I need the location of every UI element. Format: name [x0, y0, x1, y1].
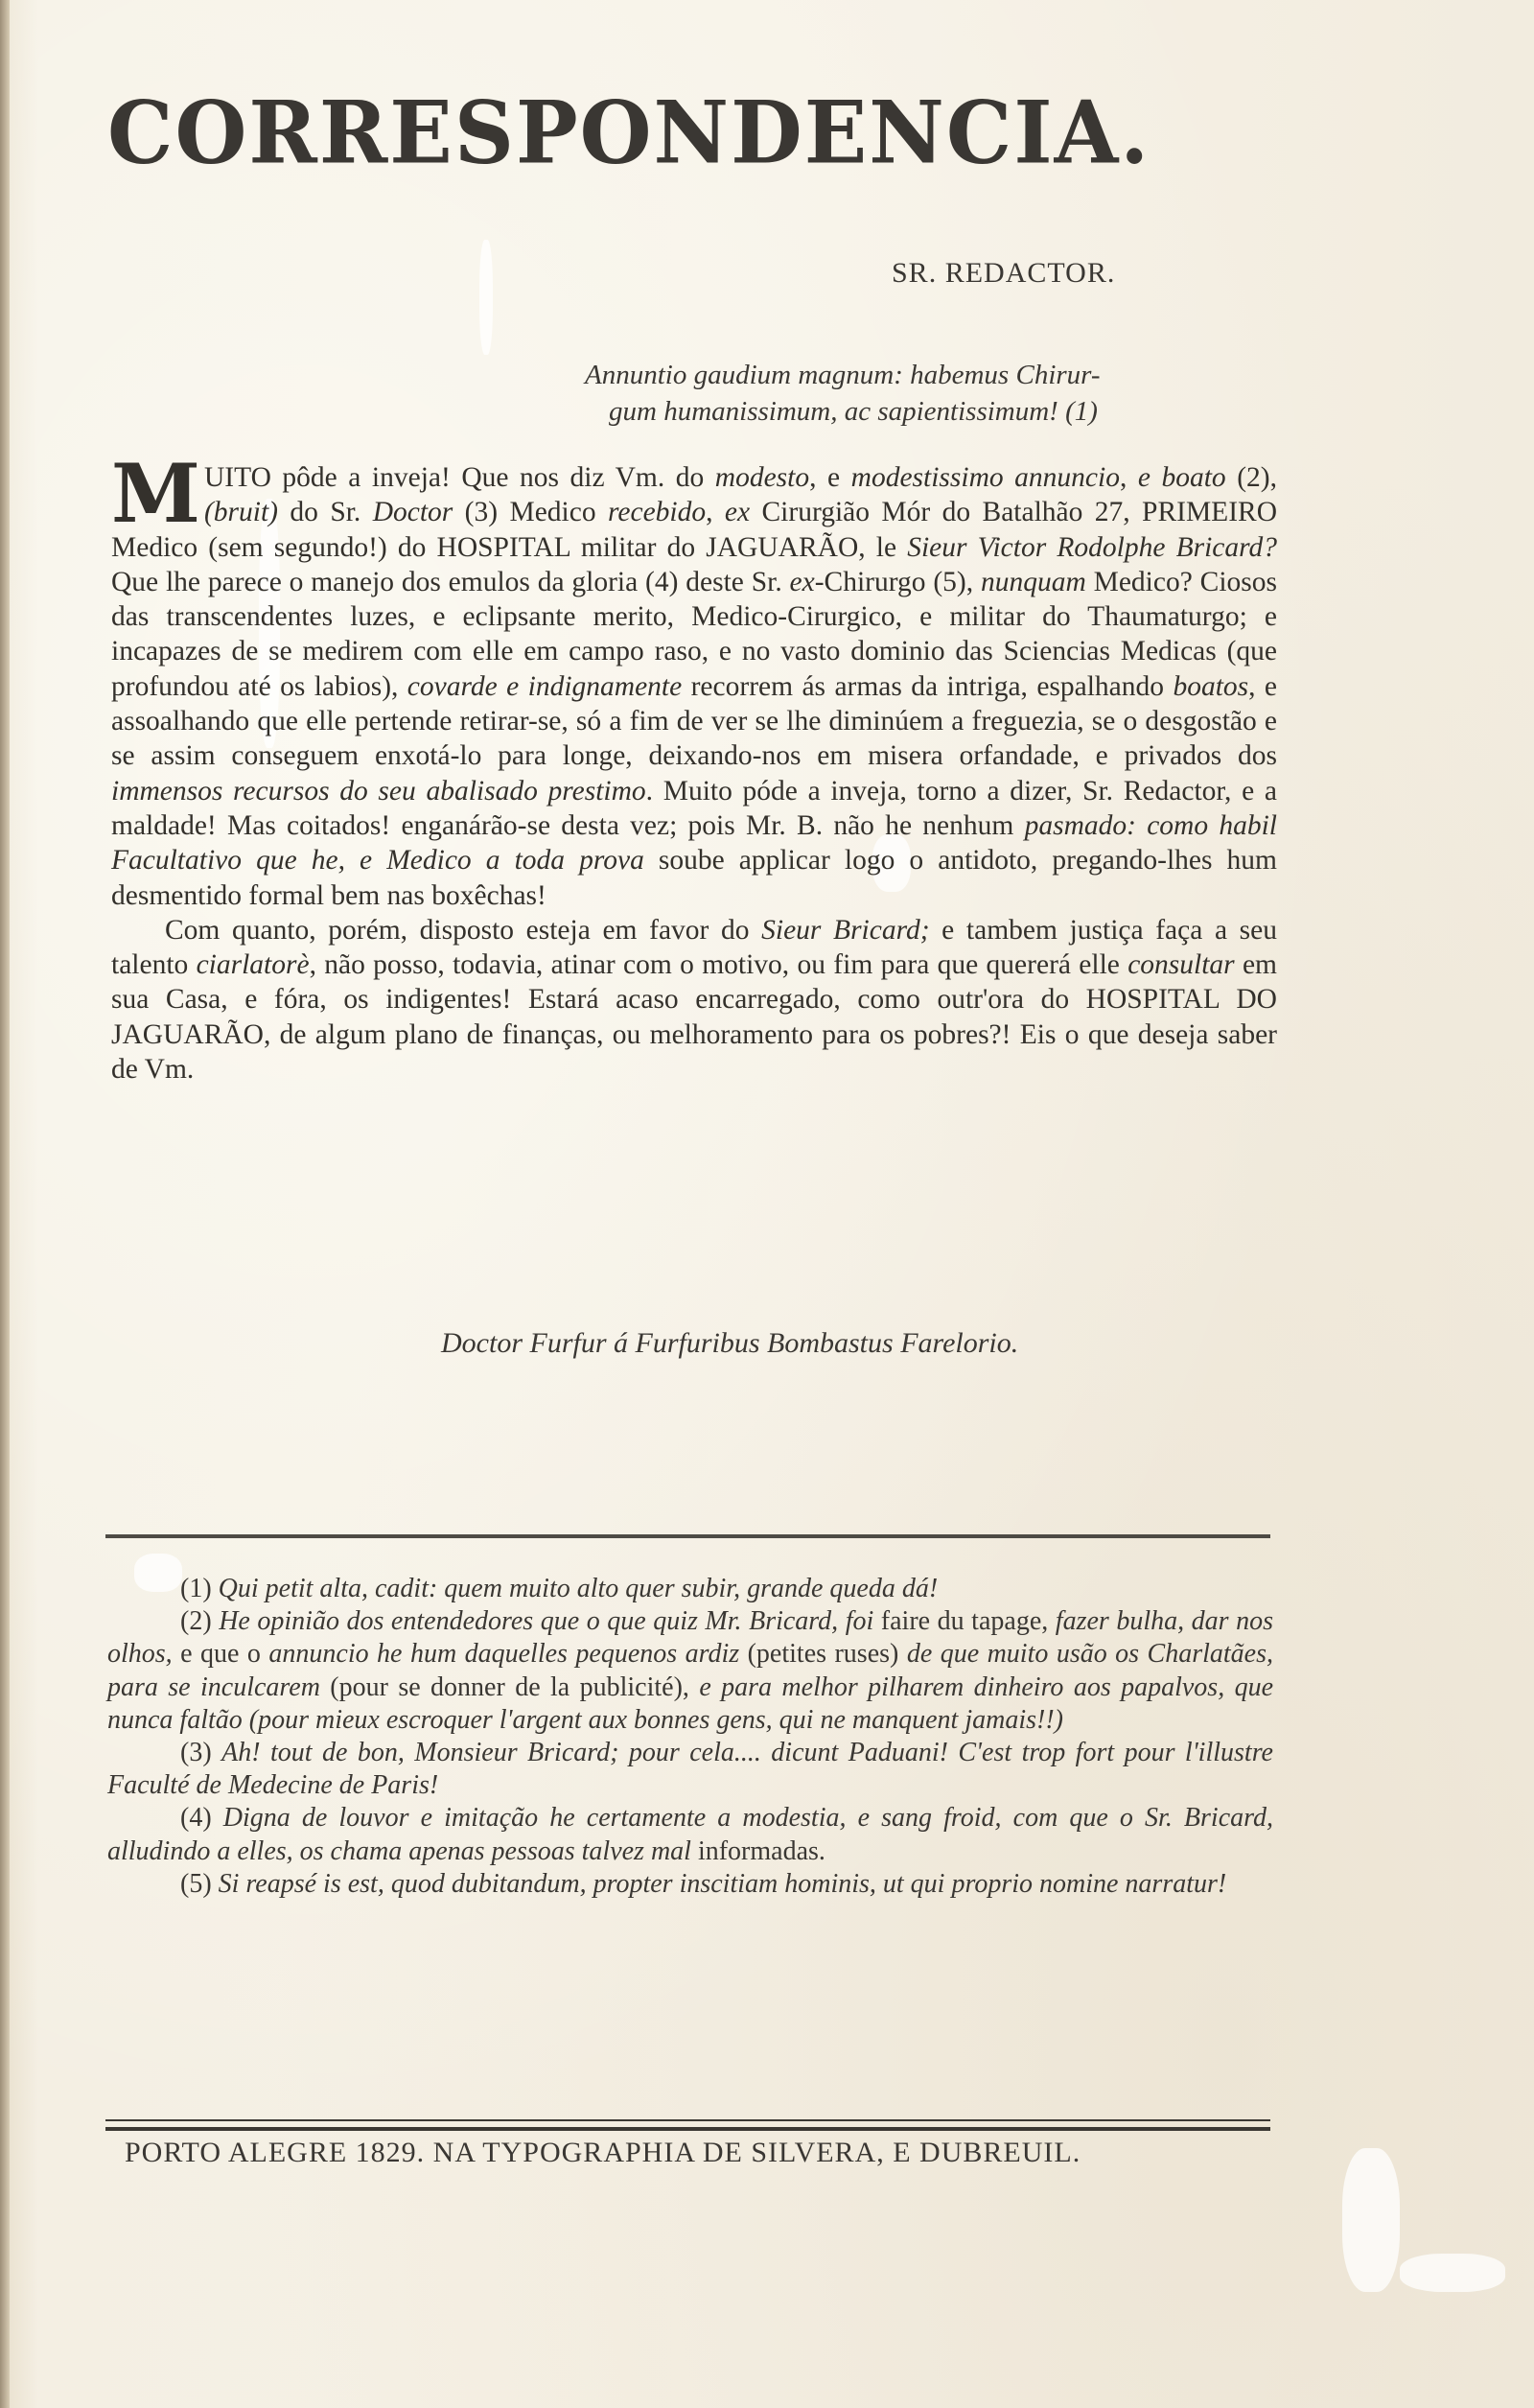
text-run: recorrem ás armas da intriga, espalhando [682, 671, 1173, 702]
text-run: nunquam [981, 567, 1086, 597]
salutation: SR. REDACTOR. [892, 257, 1115, 290]
text-run: Qui petit alta, cadit: quem muito alto q… [219, 1574, 939, 1603]
text-run: do Sr. [278, 497, 373, 527]
newspaper-page: CORRESPONDENCIA. SR. REDACTOR. Annuntio … [0, 0, 1534, 2408]
epigraph-line: gum humanissimum, ac sapientissimum! (1) [585, 393, 1266, 430]
text-run: consultar [1127, 949, 1234, 980]
text-run: recebido [608, 497, 706, 527]
footnote: (5) Si reapsé is est, quod dubitandum, p… [107, 1868, 1273, 1901]
text-run: (1) [180, 1574, 219, 1603]
text-run: (3) Medico [453, 497, 608, 527]
text-run: annuncio he hum daquelles pequenos ardiz [268, 1639, 739, 1669]
footnotes: (1) Qui petit alta, cadit: quem muito al… [107, 1573, 1273, 1901]
text-run: -Chirurgo (5), [815, 567, 981, 597]
text-run: Ah! tout de bon, Monsieur Bricard; pour … [107, 1738, 1273, 1800]
text-run: (4) [180, 1803, 223, 1833]
imprint-divider [105, 2119, 1270, 2121]
text-run: e boato [1138, 462, 1226, 493]
text-run: (2) [180, 1606, 219, 1636]
text-run: (5) [180, 1869, 219, 1899]
imprint-divider [105, 2127, 1270, 2131]
text-run: , [1120, 462, 1138, 493]
epigraph-line: Annuntio gaudium magnum: habemus Chirur- [585, 360, 1101, 390]
letter-paragraph: M UITO pôde a inveja! Que nos diz Vm. do… [111, 460, 1277, 913]
footnote: (3) Ah! tout de bon, Monsieur Bricard; p… [107, 1737, 1273, 1802]
text-run: (bruit) [204, 497, 278, 527]
epigraph: Annuntio gaudium magnum: habemus Chirur-… [585, 357, 1266, 430]
text-run: Doctor [373, 497, 453, 527]
footnote: (2) He opinião dos entendedores que o qu… [107, 1605, 1273, 1737]
text-run: Si reapsé is est, quod dubitandum, propt… [219, 1869, 1227, 1899]
text-run: immensos recursos do seu abalisado prest… [111, 776, 646, 807]
text-run: (petites ruses) [739, 1639, 907, 1669]
text-run: covarde e indignamente [407, 671, 682, 702]
paper-stain [479, 240, 493, 355]
text-run: UITO pôde a inveja! Que nos diz Vm. do [204, 462, 715, 493]
text-run: (pour se donner de la publicité), [320, 1672, 699, 1702]
text-run: Sieur Victor Rodolphe Bricard? [907, 532, 1277, 563]
text-run: faire du tapage, [873, 1606, 1056, 1636]
text-run: ex [725, 497, 750, 527]
text-run: Sieur Bricard; [761, 915, 929, 946]
text-run: ex [790, 567, 815, 597]
text-run: boatos [1173, 671, 1248, 702]
text-run: (3) [180, 1738, 221, 1767]
text-run: , [706, 497, 725, 527]
text-run: He opinião dos entendedores que o que qu… [219, 1606, 873, 1636]
text-run: , não posso, todavia, atinar com o motiv… [310, 949, 1128, 980]
signature: Doctor Furfur á Furfuribus Bombastus Far… [441, 1327, 1018, 1360]
text-run: Que lhe parece o manejo dos emulos da gl… [111, 567, 790, 597]
printer-imprint: PORTO ALEGRE 1829. NA TYPOGRAPHIA DE SIL… [125, 2137, 1256, 2169]
paper-stain [1342, 2148, 1400, 2292]
masthead-title: CORRESPONDENCIA. [107, 82, 1296, 183]
text-run: modestissimo annuncio [851, 462, 1120, 493]
text-run: informadas. [691, 1836, 825, 1866]
text-run: e que o [173, 1639, 269, 1669]
footnote: (4) Digna de louvor e imitação he certam… [107, 1802, 1273, 1867]
letter-paragraph: Com quanto, porém, disposto esteja em fa… [111, 913, 1277, 1087]
text-run: Com quanto, porém, disposto esteja em fa… [165, 915, 761, 946]
footnote-divider [105, 1534, 1270, 1538]
text-run: modesto [715, 462, 809, 493]
letter-body: M UITO pôde a inveja! Que nos diz Vm. do… [111, 460, 1277, 1087]
paper-stain [1400, 2254, 1505, 2292]
footnote: (1) Qui petit alta, cadit: quem muito al… [107, 1573, 1273, 1605]
text-run: ciarlatorè [197, 949, 310, 980]
text-run: , e [809, 462, 851, 493]
page-binding-edge [0, 0, 10, 2408]
drop-cap: M [111, 464, 200, 524]
text-run: (2), [1226, 462, 1277, 493]
